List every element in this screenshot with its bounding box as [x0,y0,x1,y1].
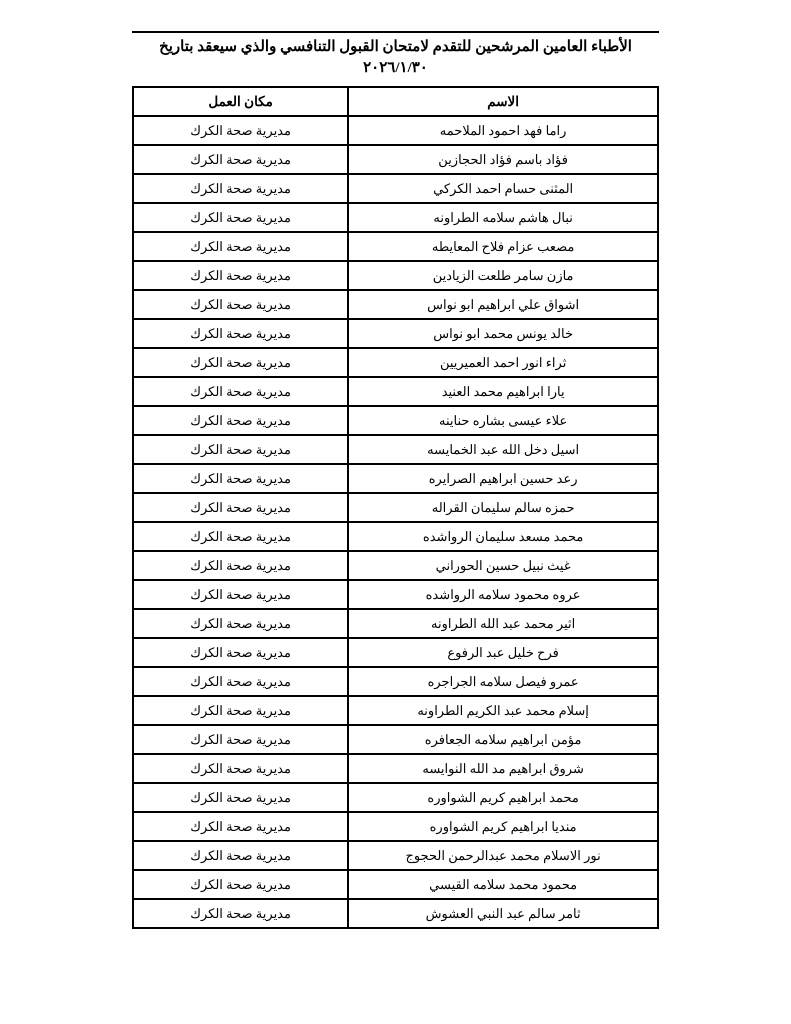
candidates-table: الاسم مكان العمل راما فهد احمود الملاحمه… [132,86,659,929]
table-row: فؤاد باسم فؤاد الحجازين مديرية صحة الكرك [133,145,658,174]
candidate-name-cell: نور الاسلام محمد عبدالرحمن الحجوج [348,841,658,870]
candidate-name-cell: علاء عيسى بشاره حناينه [348,406,658,435]
candidate-name-cell: عمرو فيصل سلامه الجراجره [348,667,658,696]
candidate-name-cell: فؤاد باسم فؤاد الحجازين [348,145,658,174]
table-row: شروق ابراهيم مد الله النوايسه مديرية صحة… [133,754,658,783]
table-row: مؤمن ابراهيم سلامه الجعافره مديرية صحة ا… [133,725,658,754]
candidate-name-cell: المثنى حسام احمد الكركي [348,174,658,203]
table-row: ثراء انور احمد العميريين مديرية صحة الكر… [133,348,658,377]
table-row: مازن سامر طلعت الزيادين مديرية صحة الكرك [133,261,658,290]
table-row: منديا ابراهيم كريم الشواوره مديرية صحة ا… [133,812,658,841]
table-row: عمرو فيصل سلامه الجراجره مديرية صحة الكر… [133,667,658,696]
workplace-cell: مديرية صحة الكرك [133,145,348,174]
table-row: المثنى حسام احمد الكركي مديرية صحة الكرك [133,174,658,203]
workplace-cell: مديرية صحة الكرك [133,696,348,725]
table-row: غيث نبيل حسين الحوراني مديرية صحة الكرك [133,551,658,580]
candidate-name-cell: خالد يونس محمد ابو نواس [348,319,658,348]
candidate-name-cell: حمزه سالم سليمان القراله [348,493,658,522]
candidate-name-cell: غيث نبيل حسين الحوراني [348,551,658,580]
table-row: حمزه سالم سليمان القراله مديرية صحة الكر… [133,493,658,522]
workplace-cell: مديرية صحة الكرك [133,493,348,522]
candidate-name-cell: راما فهد احمود الملاحمه [348,116,658,145]
workplace-cell: مديرية صحة الكرك [133,435,348,464]
workplace-cell: مديرية صحة الكرك [133,841,348,870]
candidate-name-cell: يارا ابراهيم محمد العنيد [348,377,658,406]
candidate-name-cell: فرح خليل عبد الرفوع [348,638,658,667]
table-row: مصعب عزام فلاح المعايطه مديرية صحة الكرك [133,232,658,261]
candidate-name-cell: اثير محمد عبد الله الطراونه [348,609,658,638]
candidate-name-cell: اشواق علي ابراهيم ابو نواس [348,290,658,319]
workplace-cell: مديرية صحة الكرك [133,261,348,290]
candidate-name-cell: محمود محمد سلامه القيسي [348,870,658,899]
table-row: محمود محمد سلامه القيسي مديرية صحة الكرك [133,870,658,899]
workplace-cell: مديرية صحة الكرك [133,174,348,203]
candidate-name-cell: مصعب عزام فلاح المعايطه [348,232,658,261]
table-row: علاء عيسى بشاره حناينه مديرية صحة الكرك [133,406,658,435]
table-row: إسلام محمد عبد الكريم الطراونه مديرية صح… [133,696,658,725]
table-row: رعد حسين ابراهيم الصرايره مديرية صحة الك… [133,464,658,493]
workplace-cell: مديرية صحة الكرك [133,899,348,928]
candidate-name-cell: نبال هاشم سلامه الطراونه [348,203,658,232]
workplace-cell: مديرية صحة الكرك [133,754,348,783]
candidate-name-cell: اسيل دخل الله عبد الخمايسه [348,435,658,464]
workplace-cell: مديرية صحة الكرك [133,464,348,493]
workplace-cell: مديرية صحة الكرك [133,609,348,638]
workplace-cell: مديرية صحة الكرك [133,522,348,551]
table-row: راما فهد احمود الملاحمه مديرية صحة الكرك [133,116,658,145]
document-page: الأطباء العامين المرشحين للتقدم لامتحان … [0,0,791,1024]
workplace-cell: مديرية صحة الكرك [133,290,348,319]
candidate-name-cell: إسلام محمد عبد الكريم الطراونه [348,696,658,725]
candidate-name-cell: مؤمن ابراهيم سلامه الجعافره [348,725,658,754]
table-row: اثير محمد عبد الله الطراونه مديرية صحة ا… [133,609,658,638]
table-body: راما فهد احمود الملاحمه مديرية صحة الكرك… [133,116,658,928]
table-row: اشواق علي ابراهيم ابو نواس مديرية صحة ال… [133,290,658,319]
candidate-name-cell: محمد ابراهيم كريم الشواوره [348,783,658,812]
table-row: نور الاسلام محمد عبدالرحمن الحجوج مديرية… [133,841,658,870]
workplace-cell: مديرية صحة الكرك [133,551,348,580]
workplace-cell: مديرية صحة الكرك [133,203,348,232]
workplace-cell: مديرية صحة الكرك [133,232,348,261]
document-content: الأطباء العامين المرشحين للتقدم لامتحان … [132,31,659,929]
workplace-cell: مديرية صحة الكرك [133,319,348,348]
page-title: الأطباء العامين المرشحين للتقدم لامتحان … [132,36,659,58]
workplace-cell: مديرية صحة الكرك [133,812,348,841]
name-column-header: الاسم [348,87,658,116]
table-row: عروه محمود سلامه الرواشده مديرية صحة الك… [133,580,658,609]
table-row: خالد يونس محمد ابو نواس مديرية صحة الكرك [133,319,658,348]
workplace-cell: مديرية صحة الكرك [133,377,348,406]
candidate-name-cell: عروه محمود سلامه الرواشده [348,580,658,609]
candidate-name-cell: ثامر سالم عبد النبي العشوش [348,899,658,928]
workplace-cell: مديرية صحة الكرك [133,580,348,609]
table-row: نبال هاشم سلامه الطراونه مديرية صحة الكر… [133,203,658,232]
table-row: محمد مسعد سليمان الرواشده مديرية صحة الك… [133,522,658,551]
table-row: فرح خليل عبد الرفوع مديرية صحة الكرك [133,638,658,667]
table-row: محمد ابراهيم كريم الشواوره مديرية صحة ال… [133,783,658,812]
candidate-name-cell: مازن سامر طلعت الزيادين [348,261,658,290]
candidate-name-cell: محمد مسعد سليمان الرواشده [348,522,658,551]
workplace-cell: مديرية صحة الكرك [133,638,348,667]
candidate-name-cell: ثراء انور احمد العميريين [348,348,658,377]
workplace-cell: مديرية صحة الكرك [133,116,348,145]
header-rule [132,31,659,33]
workplace-cell: مديرية صحة الكرك [133,667,348,696]
workplace-cell: مديرية صحة الكرك [133,406,348,435]
candidate-name-cell: منديا ابراهيم كريم الشواوره [348,812,658,841]
workplace-cell: مديرية صحة الكرك [133,870,348,899]
workplace-cell: مديرية صحة الكرك [133,348,348,377]
candidate-name-cell: شروق ابراهيم مد الله النوايسه [348,754,658,783]
workplace-cell: مديرية صحة الكرك [133,783,348,812]
workplace-column-header: مكان العمل [133,87,348,116]
exam-date: ٢٠٢٦/١/٣٠ [132,58,659,79]
table-header-row: الاسم مكان العمل [133,87,658,116]
table-row: ثامر سالم عبد النبي العشوش مديرية صحة ال… [133,899,658,928]
candidate-name-cell: رعد حسين ابراهيم الصرايره [348,464,658,493]
table-row: اسيل دخل الله عبد الخمايسه مديرية صحة ال… [133,435,658,464]
workplace-cell: مديرية صحة الكرك [133,725,348,754]
table-row: يارا ابراهيم محمد العنيد مديرية صحة الكر… [133,377,658,406]
